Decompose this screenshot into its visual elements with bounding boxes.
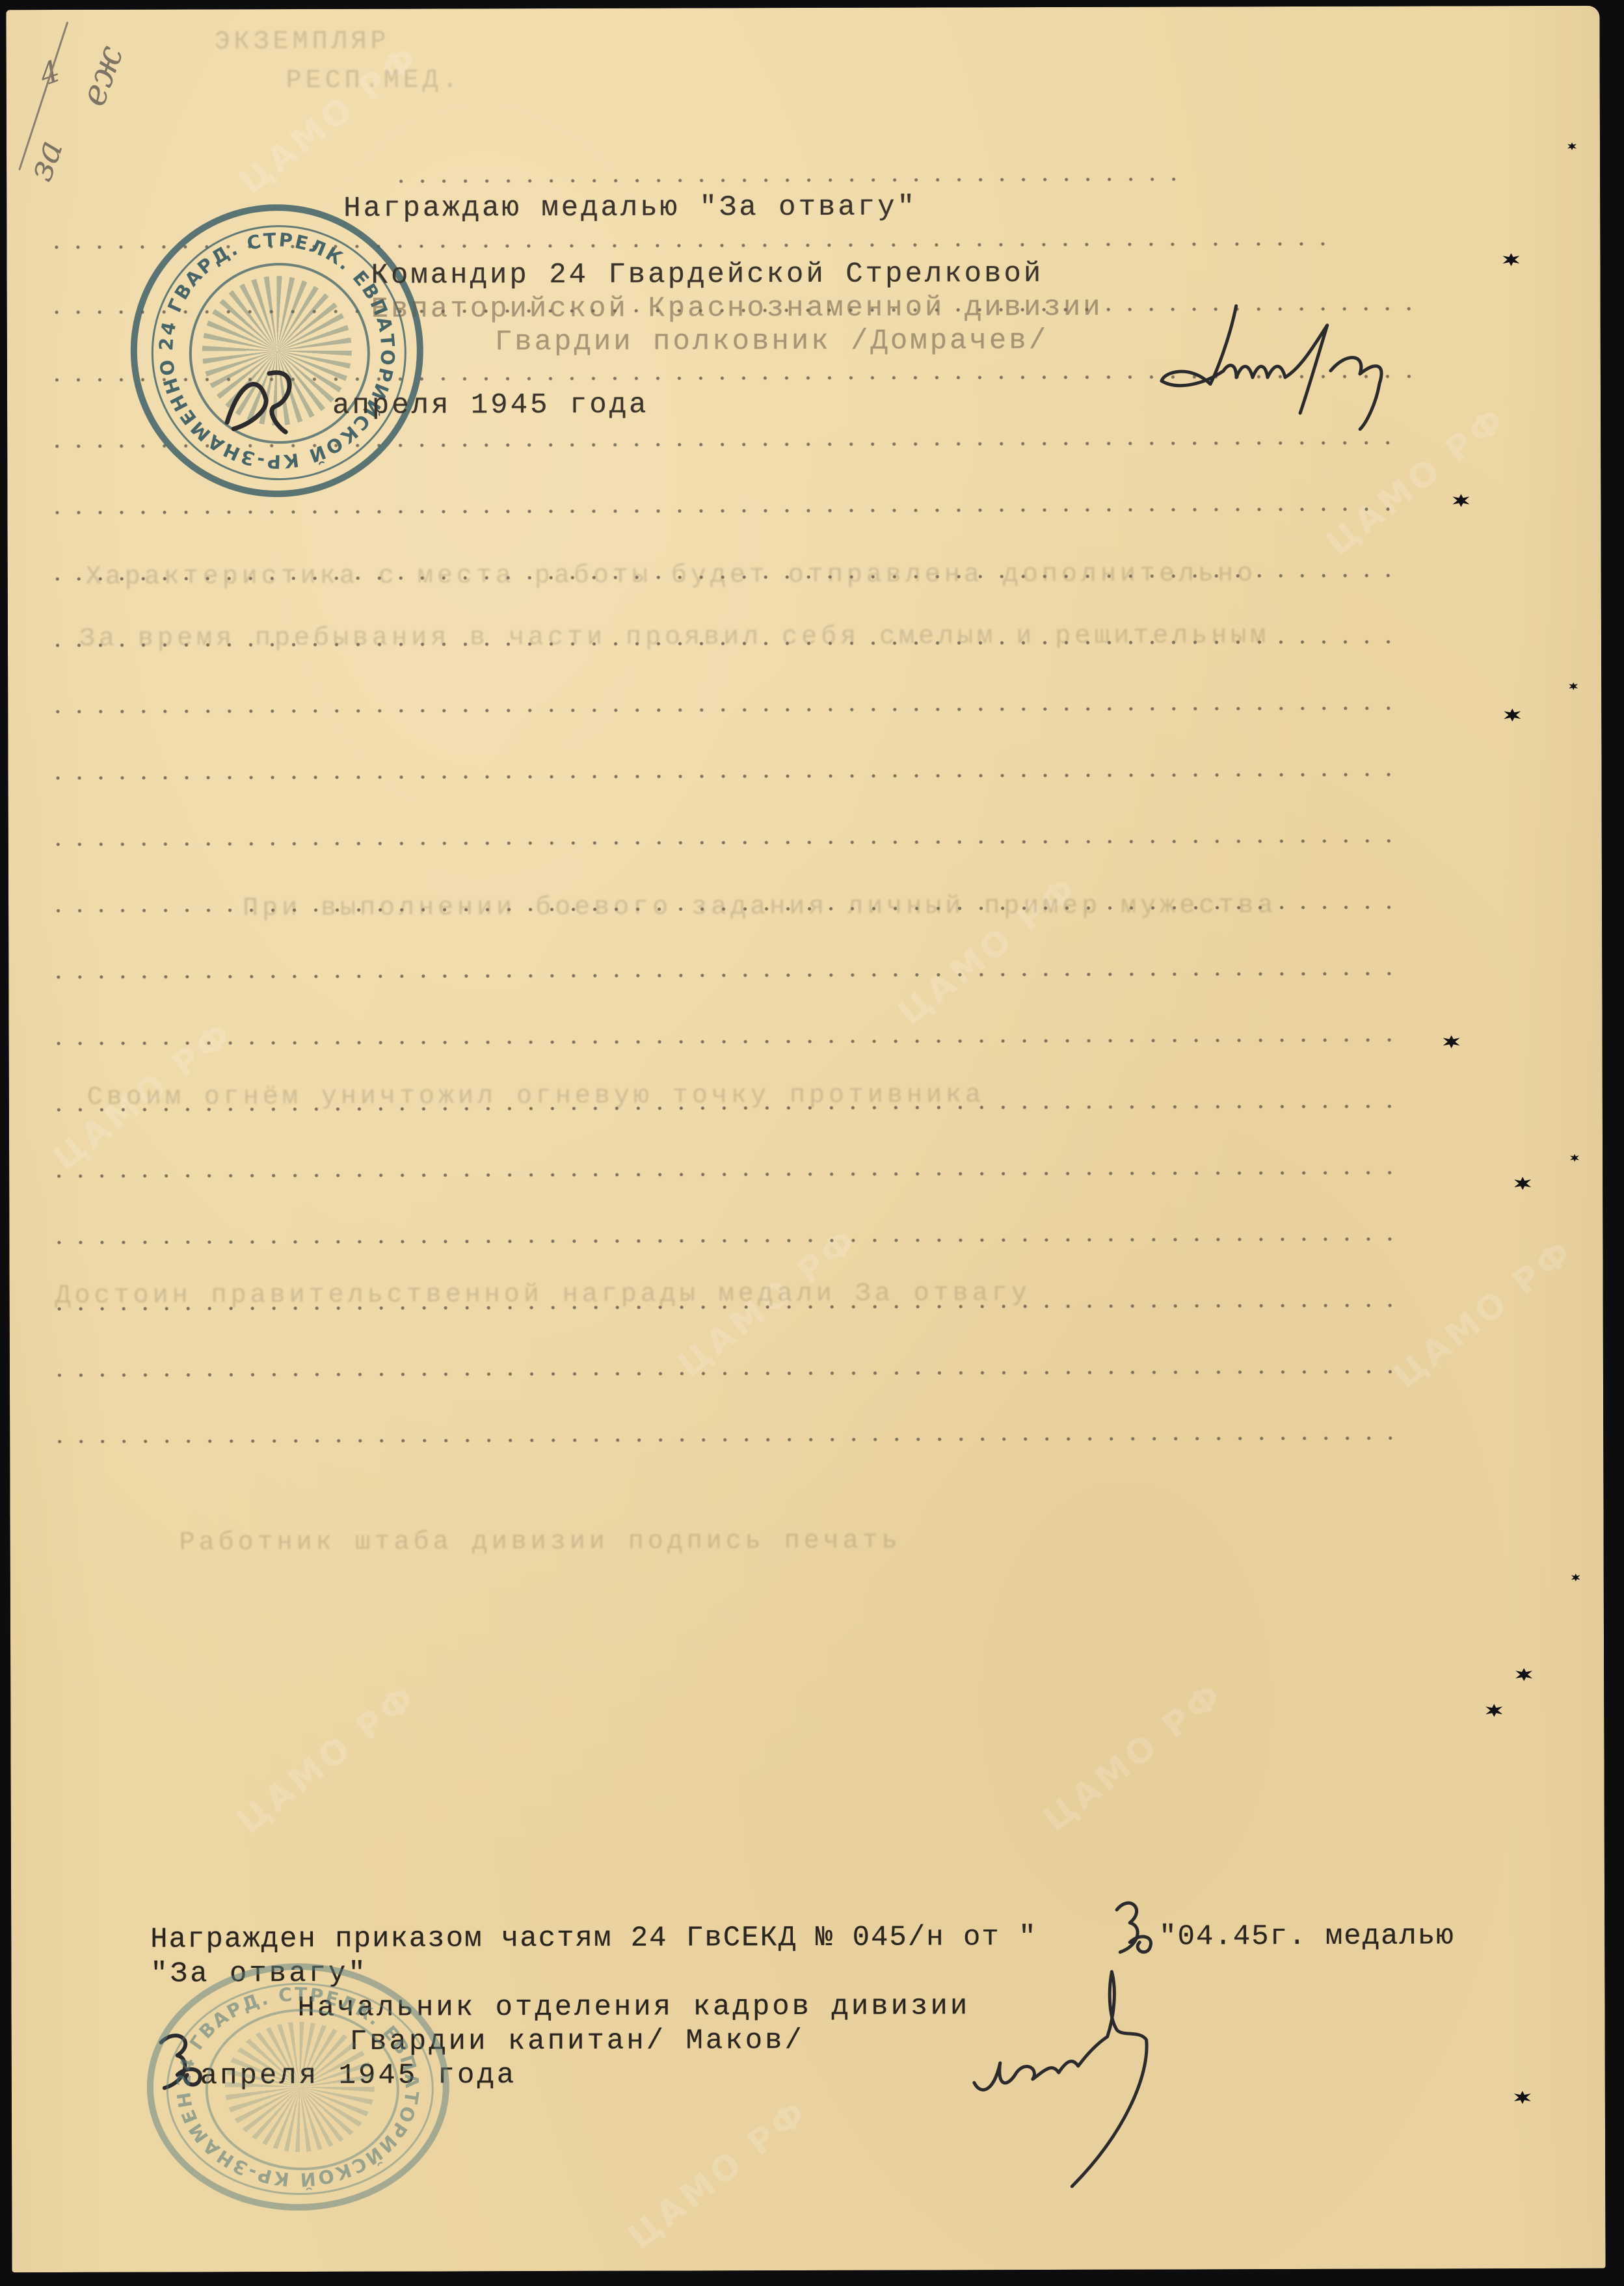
- pencil-slash: [6, 10, 85, 192]
- watermark: ЦАМО РФ: [1037, 1674, 1232, 1840]
- punch-hole: [1515, 1668, 1532, 1681]
- watermark: ЦАМО РФ: [621, 2092, 816, 2257]
- handwritten-day-29: [214, 360, 318, 438]
- watermark: ЦАМО РФ: [230, 1676, 425, 1842]
- commander-title-line1: Командир 24 Гвардейской Стрелковой: [371, 258, 1043, 292]
- punch-hole: [1485, 1704, 1502, 1717]
- form-dotline: [47, 972, 1400, 979]
- order-line-start: Награжден приказом частям 24 ГвСЕКД № 04…: [150, 1921, 1037, 1956]
- form-dotline: [47, 839, 1400, 846]
- stamp-text: 24 ГВАРД. СТРЕЛК. ЕВПАТОРИЙСКОЙ КР-ЗНАМЕ…: [137, 211, 417, 491]
- svg-text:24 ГВАРД. СТРЕЛК. ЕВПАТОРИЙСКО: 24 ГВАРД. СТРЕЛК. ЕВПАТОРИЙСКОЙ КР-ЗНАМЕ…: [153, 1969, 423, 2191]
- ghost-text-line: При выполнении боевого задания личный пр…: [243, 891, 1277, 923]
- punch-hole: [1571, 1574, 1580, 1581]
- form-dotline: [48, 1038, 1401, 1045]
- ghost-text-line: Характеристика с места работы будет отпр…: [86, 559, 1257, 592]
- ghost-text-line: Достоин правительственной награды медали…: [55, 1279, 1031, 1311]
- form-dotline: [46, 507, 1399, 515]
- stamp-text: 24 ГВАРД. СТРЕЛК. ЕВПАТОРИЙСКОЙ КР-ЗНАМЕ…: [153, 1969, 443, 2204]
- commander-title-line2: Евпаторийской Краснознаменной дивизии: [371, 291, 1103, 326]
- watermark: ЦАМО РФ: [1387, 1231, 1582, 1396]
- ghost-text-line: Работник штаба дивизии подпись печать: [180, 1527, 901, 1558]
- official-stamp-top: 24 ГВАРД. СТРЕЛК. ЕВПАТОРИЙСКОЙ КР-ЗНАМЕ…: [130, 204, 423, 498]
- punch-hole: [1452, 494, 1469, 507]
- commander-date: апреля 1945 года: [332, 389, 649, 422]
- ghost-header: РЕСП.МЕД.: [286, 66, 462, 96]
- form-dotline: [48, 1171, 1401, 1178]
- official-stamp-bottom: 24 ГВАРД. СТРЕЛК. ЕВПАТОРИЙСКОЙ КР-ЗНАМЕ…: [146, 1963, 449, 2211]
- commander-signature: [1152, 299, 1465, 442]
- commander-rank-name: Гвардии полковник /Домрачев/: [495, 325, 1048, 358]
- punch-hole: [1567, 142, 1577, 150]
- punch-hole: [1569, 682, 1578, 690]
- ghost-header: ЭКЗЕМПЛЯР: [215, 27, 390, 57]
- form-dotline: [49, 1436, 1402, 1444]
- punch-hole: [1443, 1035, 1460, 1048]
- form-dotline: [47, 773, 1400, 780]
- form-dotline: [390, 177, 1190, 183]
- ghost-text-line: Своим огнём уничтожил огневую точку прот…: [87, 1081, 985, 1112]
- document-page: ЦАМО РФ ЦАМО РФ ЦАМО РФ ЦАМО РФ ЦАМО РФ …: [6, 6, 1605, 2272]
- punch-hole: [1502, 253, 1519, 266]
- order-line-end: "04.45г. медалью: [1159, 1920, 1455, 1953]
- award-resolution: Награждаю медалью "За отвагу": [343, 191, 917, 225]
- punch-hole: [1504, 708, 1521, 721]
- handwritten-day-30: [1104, 1897, 1162, 1962]
- ghost-text-line: За время пребывания в части проявил себя…: [79, 621, 1270, 654]
- form-dotline: [48, 1237, 1401, 1244]
- cadre-chief-signature: [967, 1965, 1241, 2212]
- watermark: ЦАМО РФ: [232, 37, 427, 202]
- punch-hole: [1514, 2091, 1531, 2104]
- form-dotline: [47, 706, 1400, 714]
- form-dotline: [49, 1370, 1402, 1377]
- punch-hole: [1514, 1177, 1531, 1190]
- punch-hole: [1570, 1154, 1579, 1162]
